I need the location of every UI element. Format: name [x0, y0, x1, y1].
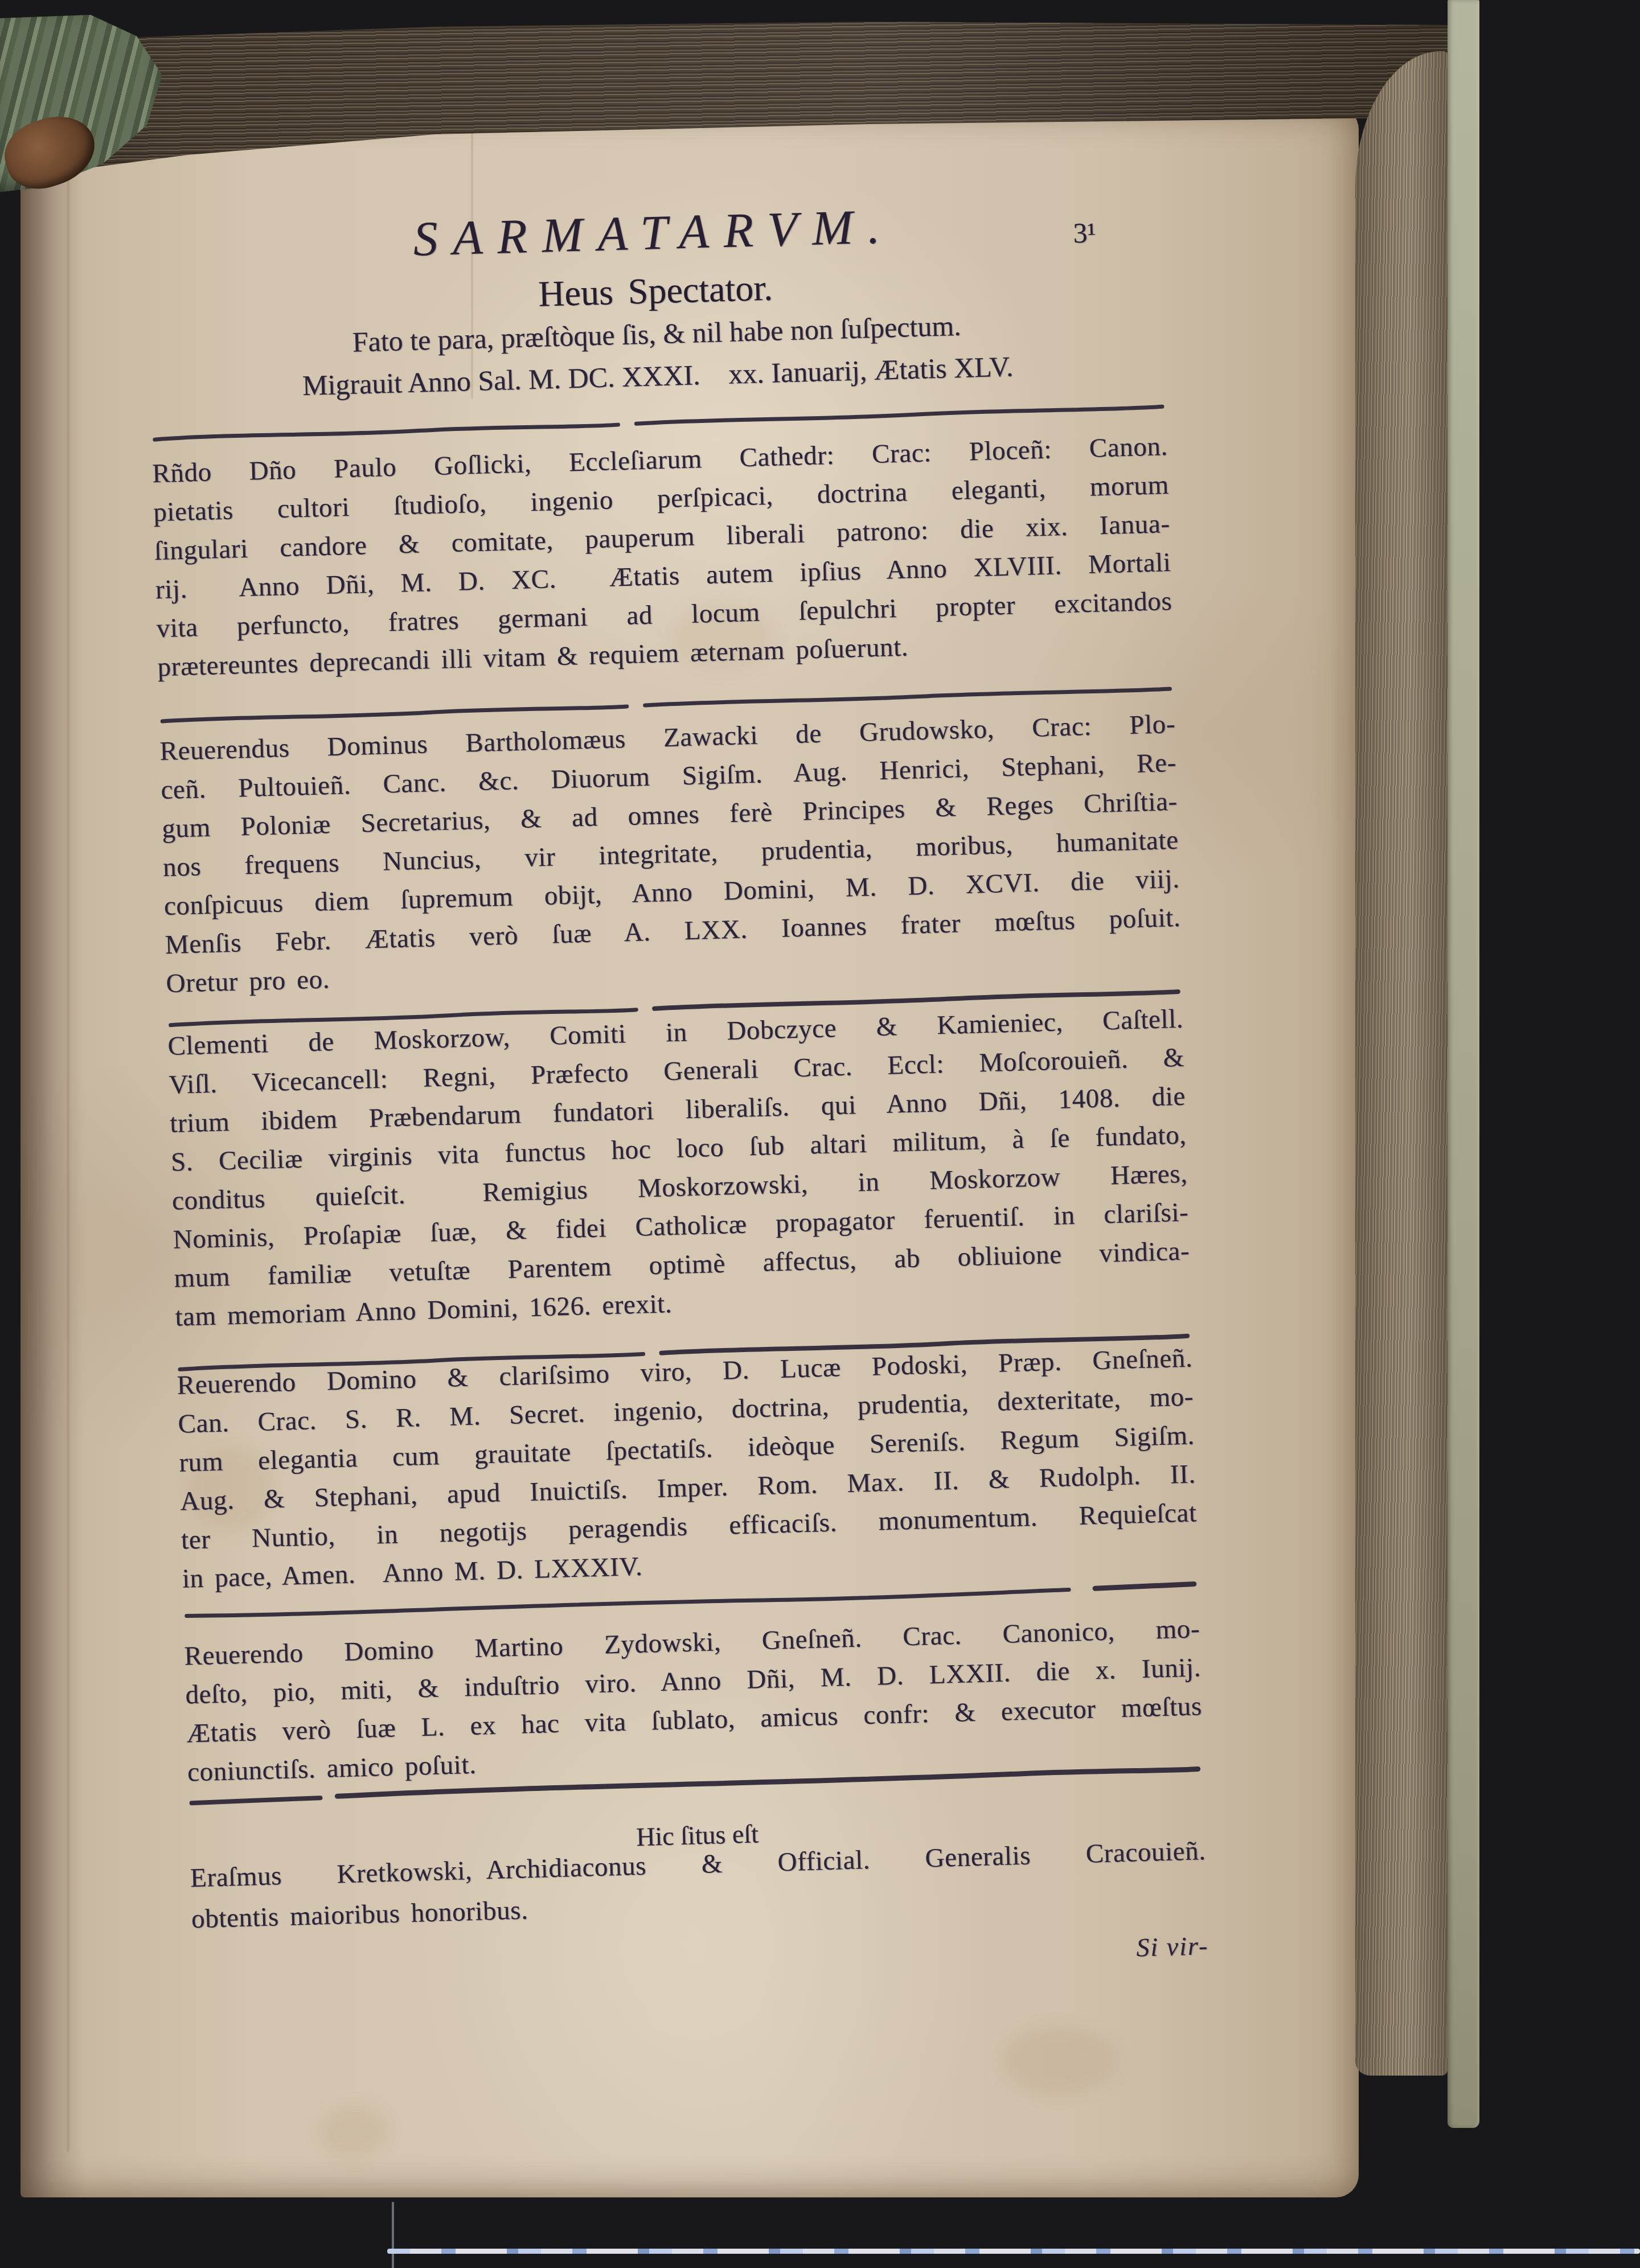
vellum-cover-edge — [1448, 0, 1479, 2128]
epitaph-entry: Reuerendus Dominus Bartholomæus Zawacki … — [159, 705, 1182, 1003]
scanned-book-photo: SARMATARVM. 3¹ Heus Spectator. Fato te p… — [0, 0, 1640, 2268]
epitaph-entry: Reuerendo Domino & clariſsimo viro, D. L… — [177, 1338, 1198, 1598]
epitaph-entry: Rñdo Dño Paulo Goſlicki, Eccleſiarum Cat… — [152, 427, 1174, 687]
epitaph-entry: Reuerendo Domino Martino Zydowski, Gneſn… — [184, 1609, 1204, 1792]
catchword: Si vir- — [192, 1930, 1209, 1988]
scanner-artifact-line — [387, 2249, 1640, 2254]
scanner-artifact-vline — [392, 2202, 394, 2268]
book-fore-edge-pages — [1355, 51, 1448, 2076]
page-number: 3¹ — [1073, 214, 1165, 249]
epitaph-entry: Clementi de Moskorzow, Comiti in Dobczyc… — [167, 1000, 1191, 1337]
